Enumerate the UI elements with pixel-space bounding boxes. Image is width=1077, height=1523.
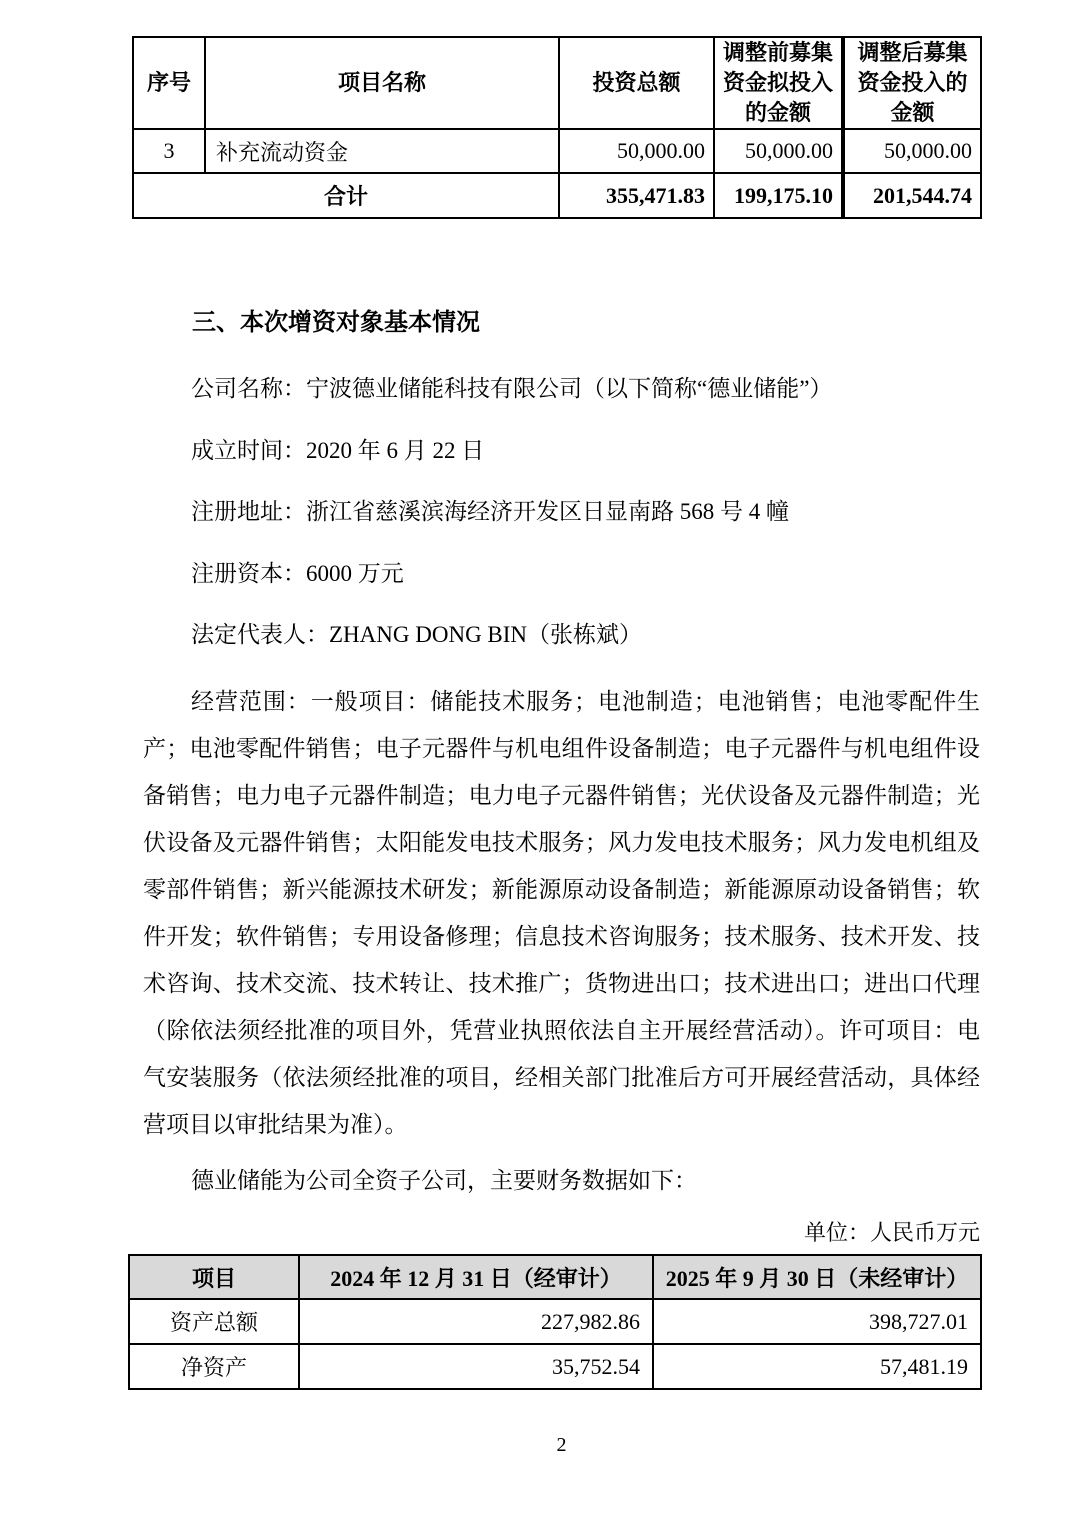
col-header-item: 项目	[129, 1255, 299, 1299]
unit-note: 单位：人民币万元	[143, 1216, 980, 1247]
cell-seq: 3	[133, 129, 205, 173]
col-header-project-name: 项目名称	[205, 37, 559, 129]
cell-pre-adjust-amount: 50,000.00	[714, 129, 843, 173]
cell-item-label: 资产总额	[129, 1299, 299, 1344]
cell-project-name: 补充流动资金	[205, 129, 559, 173]
investment-table-header-row: 序号 项目名称 投资总额 调整前募集资金拟投入的金额 调整后募集资金投入的金额	[133, 37, 981, 129]
capital-line: 注册资本：6000 万元	[143, 561, 980, 586]
cell-2024-value: 35,752.54	[299, 1344, 653, 1389]
subsidiary-note-line: 德业储能为公司全资子公司，主要财务数据如下：	[143, 1168, 980, 1193]
cell-total-post-adjust: 201,544.74	[843, 173, 981, 218]
financial-data-table: 项目 2024 年 12 月 31 日（经审计） 2025 年 9 月 30 日…	[128, 1254, 982, 1390]
financial-table-header-row: 项目 2024 年 12 月 31 日（经审计） 2025 年 9 月 30 日…	[129, 1255, 981, 1299]
financial-table-row: 资产总额 227,982.86 398,727.01	[129, 1299, 981, 1344]
financial-table-row: 净资产 35,752.54 57,481.19	[129, 1344, 981, 1389]
document-page: 序号 项目名称 投资总额 调整前募集资金拟投入的金额 调整后募集资金投入的金额 …	[0, 0, 1077, 1523]
investment-table-total-row: 合计 355,471.83 199,175.10 201,544.74	[133, 173, 981, 218]
col-header-seq: 序号	[133, 37, 205, 129]
cell-investment-total: 50,000.00	[559, 129, 714, 173]
investment-projects-table: 序号 项目名称 投资总额 调整前募集资金拟投入的金额 调整后募集资金投入的金额 …	[132, 36, 982, 219]
col-header-2025-unaudited: 2025 年 9 月 30 日（未经审计）	[653, 1255, 981, 1299]
cell-2025-value: 398,727.01	[653, 1299, 981, 1344]
address-line: 注册地址：浙江省慈溪滨海经济开发区日显南路 568 号 4 幢	[143, 499, 980, 524]
cell-2025-value: 57,481.19	[653, 1344, 981, 1389]
page-number: 2	[143, 1434, 980, 1457]
cell-total-label: 合计	[133, 173, 559, 218]
section-heading: 三、本次增资对象基本情况	[192, 309, 480, 337]
establish-date-line: 成立时间：2020 年 6 月 22 日	[143, 438, 980, 463]
col-header-2024-audited: 2024 年 12 月 31 日（经审计）	[299, 1255, 653, 1299]
cell-total-pre-adjust: 199,175.10	[714, 173, 843, 218]
cell-total-investment: 355,471.83	[559, 173, 714, 218]
col-header-post-adjust-amount: 调整后募集资金投入的金额	[843, 37, 981, 129]
company-name-line: 公司名称：宁波德业储能科技有限公司（以下简称“德业储能”）	[143, 376, 980, 401]
col-header-pre-adjust-amount: 调整前募集资金拟投入的金额	[714, 37, 843, 129]
col-header-investment-total: 投资总额	[559, 37, 714, 129]
cell-post-adjust-amount: 50,000.00	[843, 129, 981, 173]
legal-rep-line: 法定代表人：ZHANG DONG BIN（张栋斌）	[143, 622, 980, 647]
business-scope-paragraph: 经营范围：一般项目：储能技术服务；电池制造；电池销售；电池零配件生产；电池零配件…	[143, 678, 980, 1148]
cell-item-label: 净资产	[129, 1344, 299, 1389]
investment-table-row: 3 补充流动资金 50,000.00 50,000.00 50,000.00	[133, 129, 981, 173]
cell-2024-value: 227,982.86	[299, 1299, 653, 1344]
